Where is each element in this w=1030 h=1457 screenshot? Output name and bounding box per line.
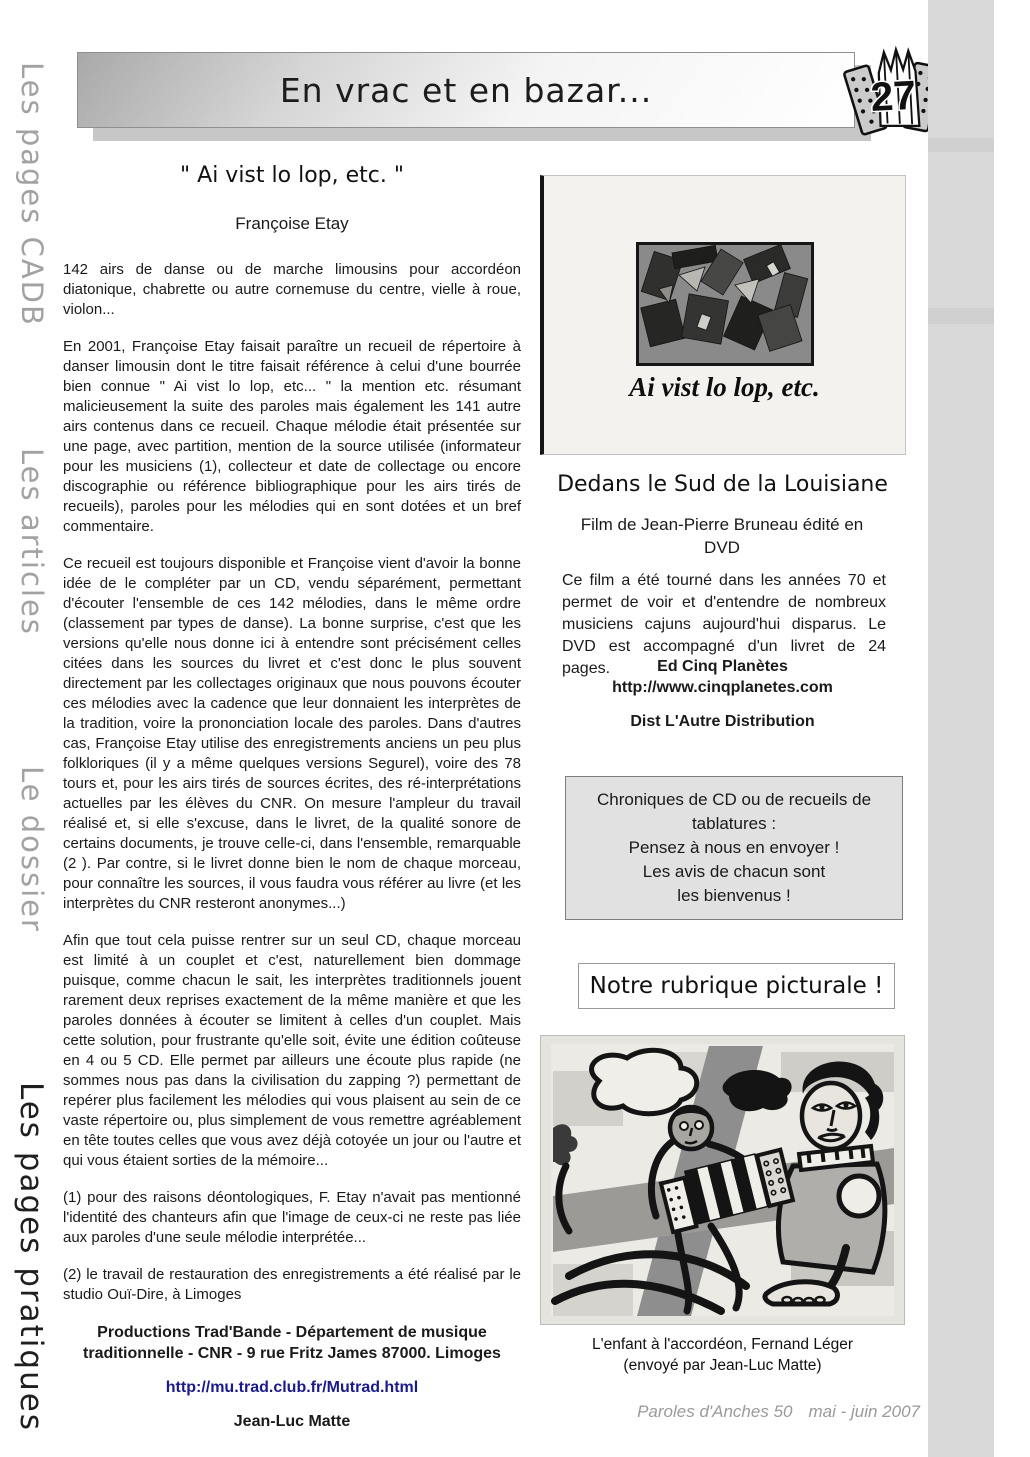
page-title: En vrac et en bazar... [280, 71, 652, 110]
sidebar-texture-band [928, 308, 994, 324]
notice-line: Chroniques de CD ou de recueils de tabla… [580, 788, 888, 836]
book-cover-title: Ai vist lo lop, etc. [629, 372, 819, 403]
sidebar-texture-band [928, 138, 994, 152]
article-paragraph: 142 airs de danse ou de marche limousins… [63, 260, 521, 320]
notice-line: les bienvenus ! [580, 884, 888, 908]
sidebar-item-articles[interactable]: Les articles [15, 448, 49, 636]
magazine-page: { "header": { "title": "En vrac et en ba… [0, 0, 1030, 1457]
louisiane-title: Dedans le Sud de la Louisiane [540, 472, 905, 497]
issue-date: mai - juin 2007 [808, 1402, 920, 1421]
chronicles-notice-box: Chroniques de CD ou de recueils de tabla… [565, 776, 903, 920]
louisiane-distributor: Dist L'Autre Distribution [540, 713, 905, 731]
leger-painting-art [541, 1036, 904, 1324]
book-cover-collage [636, 242, 814, 366]
mutrad-link[interactable]: http://mu.trad.club.fr/Mutrad.html [63, 1379, 521, 1397]
section-sidebar [928, 0, 994, 1457]
editor-name: Ed Cinq Planètes [540, 656, 905, 677]
page-number: 27 [869, 72, 917, 120]
author-signature: Jean-Luc Matte [63, 1413, 521, 1431]
publisher-address: Productions Trad'Bande - Département de … [73, 1322, 511, 1364]
cinqplanetes-link[interactable]: http://www.cinqplanetes.com [612, 679, 833, 696]
article-column: " Ai vist lo lop, etc. " Françoise Etay … [63, 163, 521, 1431]
book-cover-photo: Ai vist lo lop, etc. [540, 175, 906, 455]
sidebar-item-pages-pratiques[interactable]: Les pages pratiques [13, 1082, 49, 1432]
picturale-heading-box: Notre rubrique picturale ! [578, 963, 895, 1009]
page-footer: Paroles d'Anches 50mai - juin 2007 [520, 1402, 920, 1422]
article-author: Françoise Etay [63, 214, 521, 234]
header-banner: En vrac et en bazar... [77, 52, 855, 128]
article-title: " Ai vist lo lop, etc. " [63, 163, 521, 188]
sidebar-item-pages-cadb[interactable]: Les pages CADB [15, 62, 49, 327]
journal-name: Paroles d'Anches 50 [637, 1402, 792, 1421]
article-paragraph: Ce recueil est toujours disponible et Fr… [63, 554, 521, 914]
louisiane-subtitle: Film de Jean-Pierre Bruneau édité en DVD [572, 513, 872, 559]
article-paragraph: Afin que tout cela puisse rentrer sur un… [63, 931, 521, 1171]
sidebar-item-dossier[interactable]: Le dossier [15, 766, 49, 933]
notice-line: Pensez à nous en envoyer ! [580, 836, 888, 860]
notice-line: Les avis de chacun sont [580, 860, 888, 884]
article-paragraph: En 2001, Françoise Etay faisait paraître… [63, 337, 521, 537]
article-footnote: (1) pour des raisons déontologiques, F. … [63, 1188, 521, 1248]
article-footnote: (2) le travail de restauration des enreg… [63, 1265, 521, 1305]
louisiane-editor: Ed Cinq Planètes http://www.cinqplanetes… [540, 656, 905, 698]
painting-caption-title: L'enfant à l'accordéon, Fernand Léger [540, 1334, 905, 1355]
picturale-title: Notre rubrique picturale ! [590, 973, 884, 999]
painting-caption-credit: (envoyé par Jean-Luc Matte) [540, 1355, 905, 1376]
leger-painting [540, 1035, 905, 1325]
painting-caption: L'enfant à l'accordéon, Fernand Léger (e… [540, 1334, 905, 1376]
